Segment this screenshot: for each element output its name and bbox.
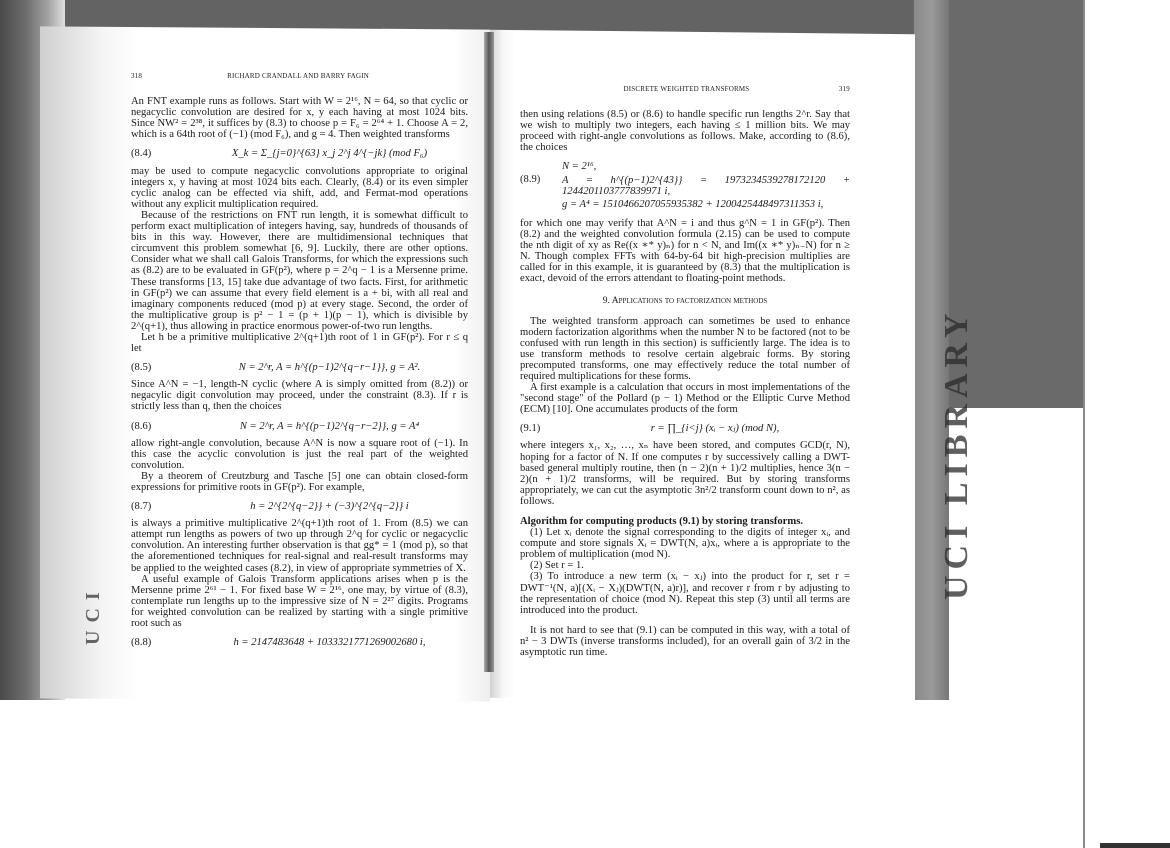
right-running-head: DISCRETE WEIGHTED TRANSFORMS 319: [520, 84, 850, 95]
scan-edge-bar: [1100, 843, 1170, 848]
paragraph: allow right-angle convolution, because A…: [131, 438, 468, 471]
library-stamp-right: UCI LIBRARY: [880, 270, 950, 600]
library-stamp-left: UCI: [64, 455, 84, 645]
page-number: 319: [839, 84, 850, 95]
equation-8-6: (8.6) N = 2^r, A = h^{(p−1)2^{q−r−2}}, g…: [131, 421, 468, 432]
paragraph: The weighted transform approach can some…: [520, 316, 850, 383]
paragraph: Because of the restrictions on FNT run l…: [131, 210, 468, 332]
algorithm-heading: Algorithm for computing products (9.1) b…: [520, 516, 850, 527]
algorithm-step-3: (3) To introduce a new term (xᵢ − xⱼ) in…: [520, 571, 850, 615]
right-page: DISCRETE WEIGHTED TRANSFORMS 319 then us…: [520, 84, 850, 658]
equation-label: (8.5): [131, 362, 191, 373]
equation-8-8: (8.8) h = 2147483648 + 10333217712690026…: [131, 637, 468, 648]
equation-9-1: (9.1) r = ∏_{i<j} (xᵢ − xⱼ) (mod N),: [520, 423, 850, 434]
paragraph: Since A^N = −1, length-N cyclic (where A…: [131, 379, 468, 412]
paragraph: then using relations (8.5) or (8.6) to h…: [520, 109, 850, 153]
equation-body: N = 2^r, A = h^{(p−1)2^{q−r−1}}, g = A².: [191, 362, 468, 373]
paragraph: A useful example of Galois Transform app…: [131, 574, 468, 629]
equation-line: g = A⁴ = 1510466207055935382 + 120042544…: [562, 199, 850, 210]
scanner-bed: [0, 700, 1083, 848]
equation-line: N = 2¹⁶,: [562, 161, 850, 172]
algorithm-step-1: (1) Let xᵢ denote the signal correspondi…: [520, 527, 850, 560]
equation-label: (8.9): [520, 161, 550, 185]
equation-body: r = ∏_{i<j} (xᵢ − xⱼ) (mod N),: [580, 423, 850, 434]
paragraph: for which one may verify that A^N = i an…: [520, 218, 850, 285]
equation-body: h = 2147483648 + 1033321771269002680 i,: [191, 637, 468, 648]
paragraph: By a theorem of Creutzburg and Tasche [5…: [131, 471, 468, 493]
equation-body: N = 2^r, A = h^{(p−1)2^{q−r−2}}, g = A⁴: [191, 421, 468, 432]
library-stamp-left-text: UCI: [82, 584, 105, 645]
equation-body: X_k = Σ_{j=0}^{63} x_j 2^j 4^{−jk} (mod …: [191, 148, 468, 159]
equation-label: (8.8): [131, 637, 191, 648]
running-head-title: DISCRETE WEIGHTED TRANSFORMS: [534, 84, 839, 95]
paragraph: It is not hard to see that (9.1) can be …: [520, 625, 850, 658]
paragraph: A first example is a calculation that oc…: [520, 382, 850, 415]
equation-label: (8.4): [131, 148, 191, 159]
equation-lines: N = 2¹⁶, A = h^{(p−1)2^{43}} = 197323453…: [550, 161, 850, 211]
equation-8-9: (8.9) N = 2¹⁶, A = h^{(p−1)2^{43}} = 197…: [520, 161, 850, 211]
equation-line: A = h^{(p−1)2^{43}} = 197323453927817212…: [562, 175, 850, 197]
equation-8-5: (8.5) N = 2^r, A = h^{(p−1)2^{q−r−1}}, g…: [131, 362, 468, 373]
book-gutter: [484, 32, 494, 672]
paragraph: An FNT example runs as follows. Start wi…: [131, 96, 468, 140]
left-page: 318 RICHARD CRANDALL AND BARRY FAGIN An …: [131, 71, 468, 654]
page-number: 318: [131, 71, 142, 82]
equation-label: (8.7): [131, 501, 191, 512]
equation-label: (8.6): [131, 421, 191, 432]
left-running-head: 318 RICHARD CRANDALL AND BARRY FAGIN: [131, 71, 468, 82]
library-stamp-text: UCI LIBRARY: [938, 308, 976, 600]
paragraph: is always a primitive multiplicative 2^(…: [131, 518, 468, 573]
equation-label: (9.1): [520, 423, 580, 434]
scan-margin: [1083, 0, 1170, 848]
section-heading: 9. Applications to factorization methods: [520, 296, 850, 307]
paragraph: where integers x₁, x₂, …, xₙ have been s…: [520, 440, 850, 507]
equation-8-7: (8.7) h = 2^{2^{q−2}} + (−3)^{2^{q−2}} i: [131, 501, 468, 512]
running-head-authors: RICHARD CRANDALL AND BARRY FAGIN: [142, 71, 454, 82]
paragraph: Let h be a primitive multiplicative 2^(q…: [131, 332, 468, 354]
algorithm-step-2: (2) Set r = 1.: [520, 560, 850, 571]
equation-8-4: (8.4) X_k = Σ_{j=0}^{63} x_j 2^j 4^{−jk}…: [131, 148, 468, 159]
equation-body: h = 2^{2^{q−2}} + (−3)^{2^{q−2}} i: [191, 501, 468, 512]
paragraph: may be used to compute negacyclic convol…: [131, 166, 468, 210]
